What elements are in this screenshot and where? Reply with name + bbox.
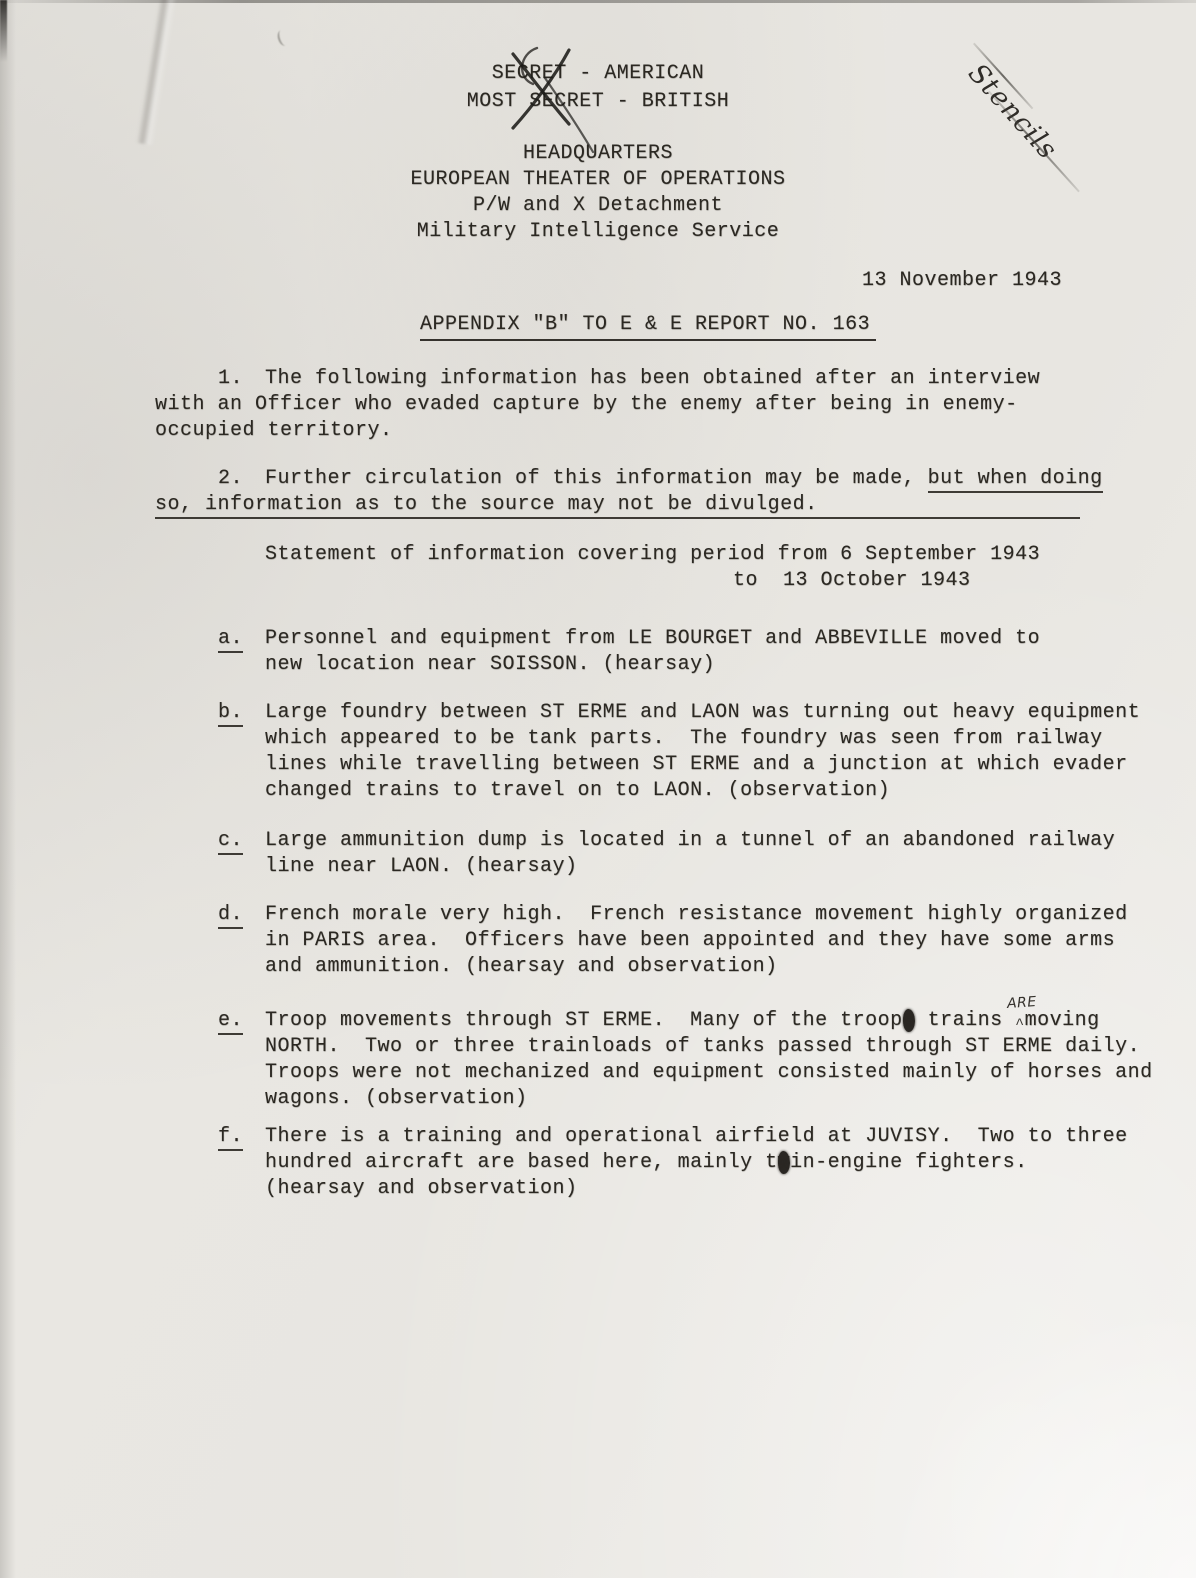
- underlined-text: so, information as to the source may not…: [155, 493, 1080, 519]
- paper-corner-highlight: [876, 1298, 1196, 1578]
- line-text: Troops were not mechanized and equipment…: [265, 1061, 1153, 1084]
- letterhead-line: P/W and X Detachment: [0, 193, 1196, 219]
- text-line: c.Large ammunition dump is located in a …: [155, 828, 1115, 854]
- scan-edge-top: [0, 0, 1196, 3]
- item-f: f.There is a training and operational ai…: [155, 1124, 1128, 1202]
- item-c: c.Large ammunition dump is located in a …: [155, 828, 1115, 880]
- line-text: trains: [915, 1009, 1015, 1032]
- line-text: Troop movements through ST ERME. Many of…: [265, 1009, 903, 1032]
- line-text: Personnel and equipment from LE BOURGET …: [265, 627, 1040, 650]
- line-text: French morale very high. French resistan…: [265, 903, 1128, 926]
- line-text: line near LAON. (hearsay): [265, 855, 578, 878]
- line-text: NORTH. Two or three trainloads of tanks …: [265, 1035, 1140, 1058]
- line-text: Large foundry between ST ERME and LAON w…: [265, 701, 1140, 724]
- item-letter: a.: [218, 627, 243, 653]
- line-text: which appeared to be tank parts. The fou…: [265, 727, 1103, 750]
- paragraph-number: 2.: [218, 466, 243, 492]
- text-line: (hearsay and observation): [155, 1176, 1128, 1202]
- line-text: Further circulation of this information …: [265, 467, 928, 490]
- line-text: lines while travelling between ST ERME a…: [265, 753, 1128, 776]
- text-line: with an Officer who evaded capture by th…: [155, 392, 1040, 418]
- paper-mark: [276, 29, 290, 47]
- line-text: with an Officer who evaded capture by th…: [155, 393, 1018, 416]
- text-line: Troops were not mechanized and equipment…: [155, 1060, 1153, 1086]
- text-line: in PARIS area. Officers have been appoin…: [155, 928, 1128, 954]
- line-text: occupied territory.: [155, 419, 393, 442]
- text-line: occupied territory.: [155, 418, 1040, 444]
- text-line: a.Personnel and equipment from LE BOURGE…: [155, 626, 1040, 652]
- line-text: (hearsay and observation): [265, 1177, 578, 1200]
- document-title: APPENDIX "B" TO E & E REPORT NO. 163: [420, 313, 876, 336]
- inserted-word: ARE: [1006, 989, 1037, 1017]
- item-d: d.French morale very high. French resist…: [155, 902, 1128, 980]
- line-text: changed trains to travel on to LAON. (ob…: [265, 779, 890, 802]
- line-text: to 13 October 1943: [733, 569, 971, 592]
- underlined-text: but when doing: [928, 467, 1103, 493]
- item-a: a.Personnel and equipment from LE BOURGE…: [155, 626, 1040, 678]
- text-line: b.Large foundry between ST ERME and LAON…: [155, 700, 1140, 726]
- text-line: d.French morale very high. French resist…: [155, 902, 1128, 928]
- statement-block: Statement of information covering period…: [155, 542, 1040, 594]
- line-text: wagons. (observation): [265, 1087, 528, 1110]
- text-line: new location near SOISSON. (hearsay): [155, 652, 1040, 678]
- text-line: to 13 October 1943: [155, 568, 1040, 594]
- text-line: which appeared to be tank parts. The fou…: [155, 726, 1140, 752]
- ink-blot: w: [778, 1151, 791, 1174]
- item-letter: c.: [218, 829, 243, 855]
- line-text: There is a training and operational airf…: [265, 1125, 1128, 1148]
- text-line: NORTH. Two or three trainloads of tanks …: [155, 1034, 1153, 1060]
- item-letter: d.: [218, 903, 243, 929]
- letterhead-line: HEADQUARTERS: [0, 141, 1196, 167]
- line-text: in PARIS area. Officers have been appoin…: [265, 929, 1115, 952]
- item-b: b.Large foundry between ST ERME and LAON…: [155, 700, 1140, 804]
- line-text: in-engine fighters.: [790, 1151, 1028, 1174]
- item-letter: b.: [218, 701, 243, 727]
- document-title-text: APPENDIX "B" TO E & E REPORT NO. 163: [420, 313, 876, 341]
- item-e: e.Troop movements through ST ERME. Many …: [155, 1008, 1153, 1112]
- line-text: Large ammunition dump is located in a tu…: [265, 829, 1115, 852]
- caret-mark: ^: [1015, 1016, 1025, 1033]
- line-text: The following information has been obtai…: [265, 367, 1040, 390]
- item-letter: e.: [218, 1009, 243, 1035]
- ink-blot: s: [903, 1009, 916, 1032]
- text-line: so, information as to the source may not…: [155, 492, 1103, 518]
- text-line: f.There is a training and operational ai…: [155, 1124, 1128, 1150]
- paragraph-2: 2.Further circulation of this informatio…: [155, 466, 1103, 518]
- document-page: SECRET - AMERICAN MOST SECRET - BRITISH …: [0, 0, 1196, 1578]
- item-letter: f.: [218, 1125, 243, 1151]
- text-line: 1.The following information has been obt…: [155, 366, 1040, 392]
- line-text: and ammunition. (hearsay and observation…: [265, 955, 778, 978]
- line-text: Statement of information covering period…: [265, 543, 1040, 566]
- text-line: and ammunition. (hearsay and observation…: [155, 954, 1128, 980]
- paragraph-number: 1.: [218, 366, 243, 392]
- text-line: wagons. (observation): [155, 1086, 1153, 1112]
- text-line: 2.Further circulation of this informatio…: [155, 466, 1103, 492]
- text-line: e.Troop movements through ST ERME. Many …: [155, 1008, 1153, 1034]
- line-text: hundred aircraft are based here, mainly …: [265, 1151, 778, 1174]
- paragraph-1: 1.The following information has been obt…: [155, 366, 1040, 444]
- letterhead-line: Military Intelligence Service: [0, 219, 1196, 245]
- text-line: lines while travelling between ST ERME a…: [155, 752, 1140, 778]
- handwritten-insertion: ^ARE: [1015, 1008, 1025, 1038]
- letterhead-block: HEADQUARTERS EUROPEAN THEATER OF OPERATI…: [0, 141, 1196, 245]
- document-date: 13 November 1943: [862, 269, 1062, 292]
- letterhead-line: EUROPEAN THEATER OF OPERATIONS: [0, 167, 1196, 193]
- scan-edge-left: [0, 0, 7, 62]
- text-line: hundred aircraft are based here, mainly …: [155, 1150, 1128, 1176]
- line-text: new location near SOISSON. (hearsay): [265, 653, 715, 676]
- text-line: changed trains to travel on to LAON. (ob…: [155, 778, 1140, 804]
- text-line: Statement of information covering period…: [155, 542, 1040, 568]
- text-line: line near LAON. (hearsay): [155, 854, 1115, 880]
